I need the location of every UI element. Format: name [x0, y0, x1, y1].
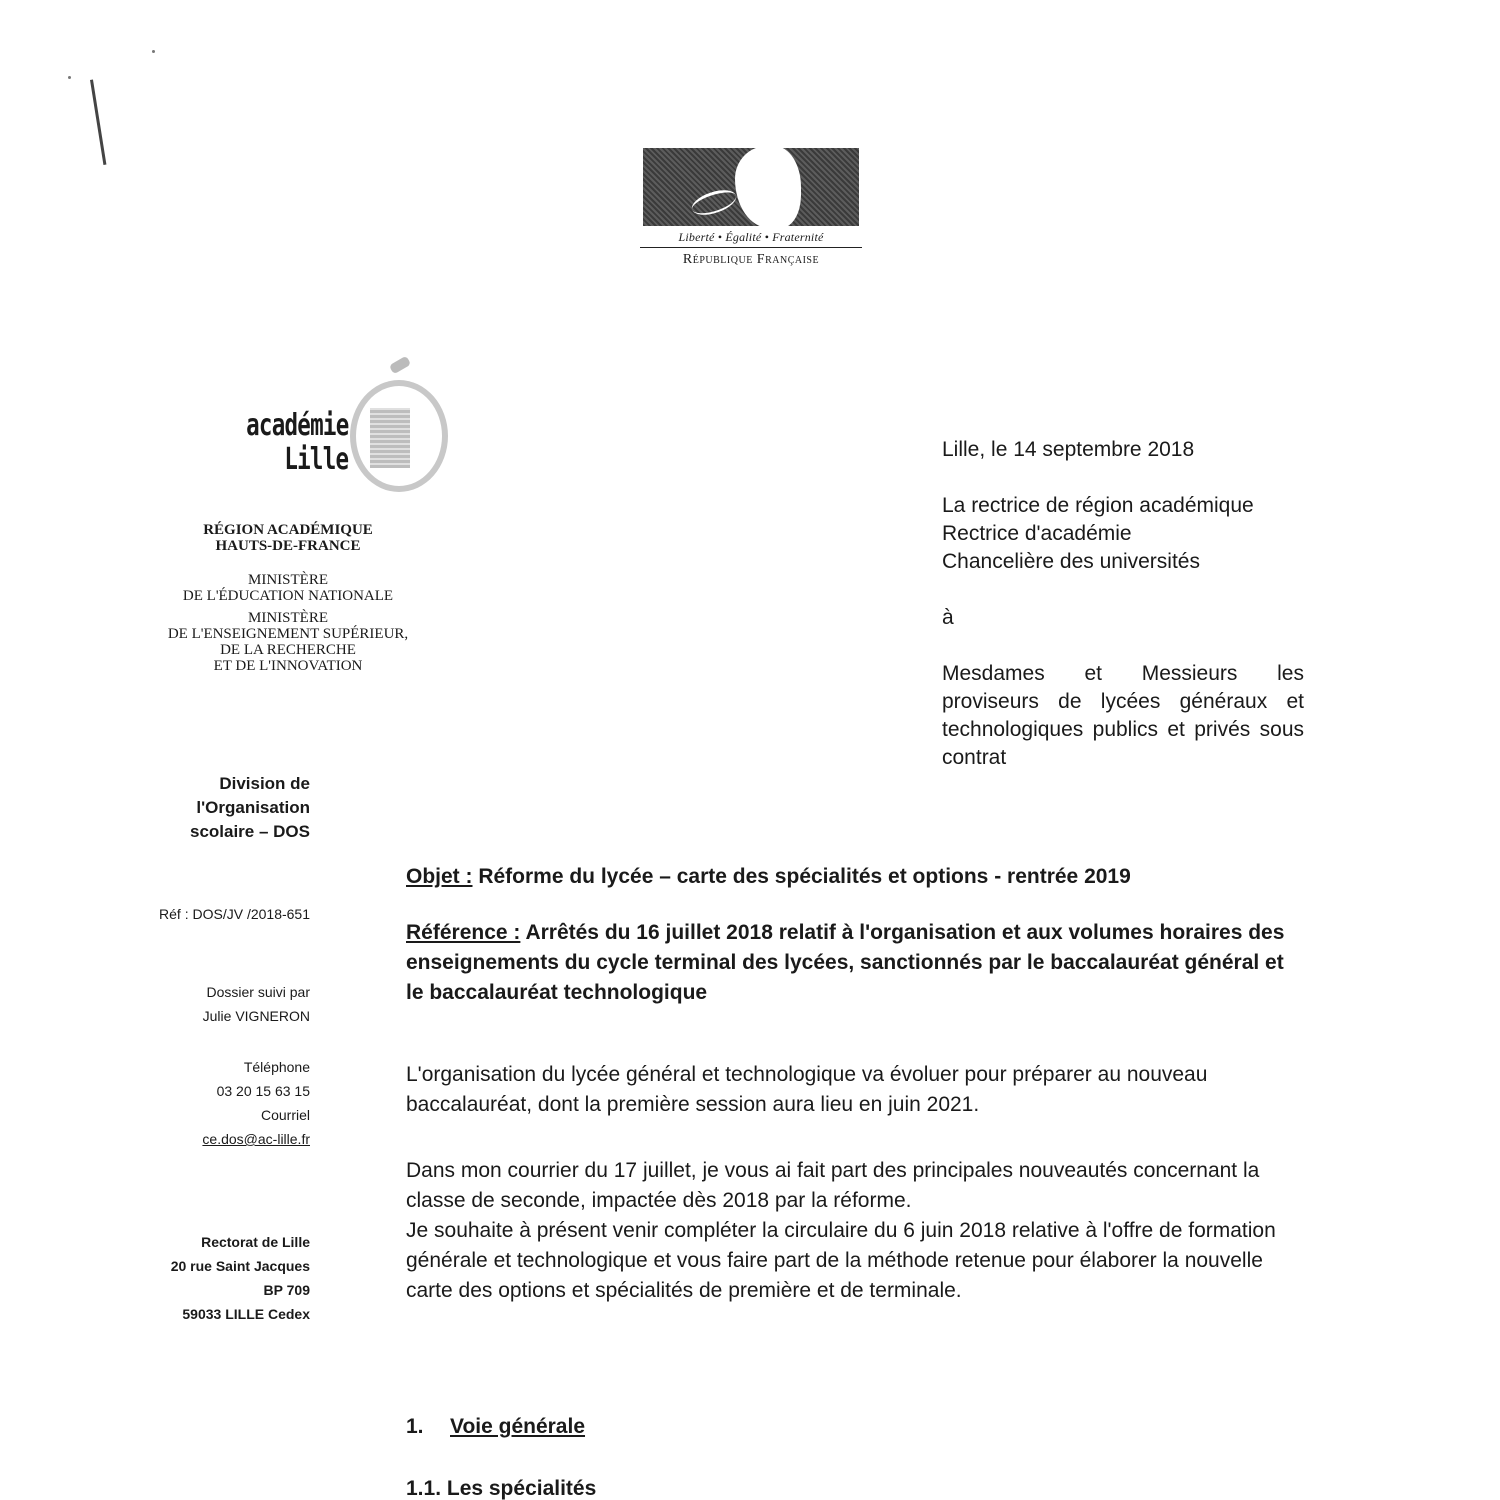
republic-name: République Française [640, 252, 862, 268]
scan-speck [152, 50, 155, 53]
contact-name: Julie VIGNERON [110, 1004, 310, 1028]
scan-speck [68, 76, 71, 79]
sender-block: La rectrice de région académique Rectric… [942, 492, 1304, 576]
addressee: Mesdames et Messieurs les proviseurs de … [942, 660, 1304, 772]
email-link[interactable]: ce.dos@ac-lille.fr [202, 1131, 310, 1147]
reference-label: Référence : [406, 921, 520, 944]
postal-address: Rectorat de Lille 20 rue Saint Jacques B… [110, 1230, 310, 1326]
logo-e-icon [370, 408, 410, 468]
republic-motto: Liberté • Égalité • Fraternité [640, 230, 862, 248]
republique-francaise-logo: Liberté • Égalité • Fraternité Républiqu… [640, 148, 862, 268]
contact-details: Téléphone 03 20 15 63 15 Courriel ce.dos… [110, 1055, 310, 1151]
dossier-contact: Dossier suivi par Julie VIGNERON [110, 980, 310, 1028]
reference-line: Référence : Arrêtés du 16 juillet 2018 r… [406, 918, 1306, 1008]
region-academique: RÉGION ACADÉMIQUE HAUTS-DE-FRANCE [128, 522, 448, 554]
phone-number: 03 20 15 63 15 [110, 1079, 310, 1103]
logo-word-academie: académie [246, 408, 348, 443]
subject-label: Objet : [406, 865, 473, 888]
subject-text: Réforme du lycée – carte des spécialités… [473, 865, 1131, 888]
section-heading-1: 1.Voie générale [406, 1412, 1306, 1442]
scan-artifact-line [90, 80, 106, 165]
letter-date: Lille, le 14 septembre 2018 [942, 436, 1304, 464]
logo-word-lille: Lille [284, 442, 348, 477]
academie-lille-logo: académie Lille [200, 360, 450, 510]
ministry-higher-education: MINISTÈRE DE L'ENSEIGNEMENT SUPÉRIEUR, D… [128, 610, 448, 674]
section-heading-1-1: 1.1. Les spécialités [406, 1474, 1306, 1500]
letter-header: Lille, le 14 septembre 2018 La rectrice … [942, 436, 1304, 772]
division-name: Division de l'Organisation scolaire – DO… [110, 772, 310, 844]
paragraph-context: Dans mon courrier du 17 juillet, je vous… [406, 1156, 1286, 1306]
to-word: à [942, 604, 1304, 632]
subject-line: Objet : Réforme du lycée – carte des spé… [406, 862, 1306, 892]
ministries-block: RÉGION ACADÉMIQUE HAUTS-DE-FRANCE MINIST… [128, 522, 448, 680]
paragraph-intro: L'organisation du lycée général et techn… [406, 1060, 1266, 1120]
logo-accent-icon [389, 356, 411, 375]
reference-text: Arrêtés du 16 juillet 2018 relatif à l'o… [406, 921, 1284, 1004]
reference-number: Réf : DOS/JV /2018-651 [110, 902, 310, 926]
ministry-education: MINISTÈRE DE L'ÉDUCATION NATIONALE [128, 572, 448, 604]
marianne-emblem-icon [643, 148, 859, 226]
